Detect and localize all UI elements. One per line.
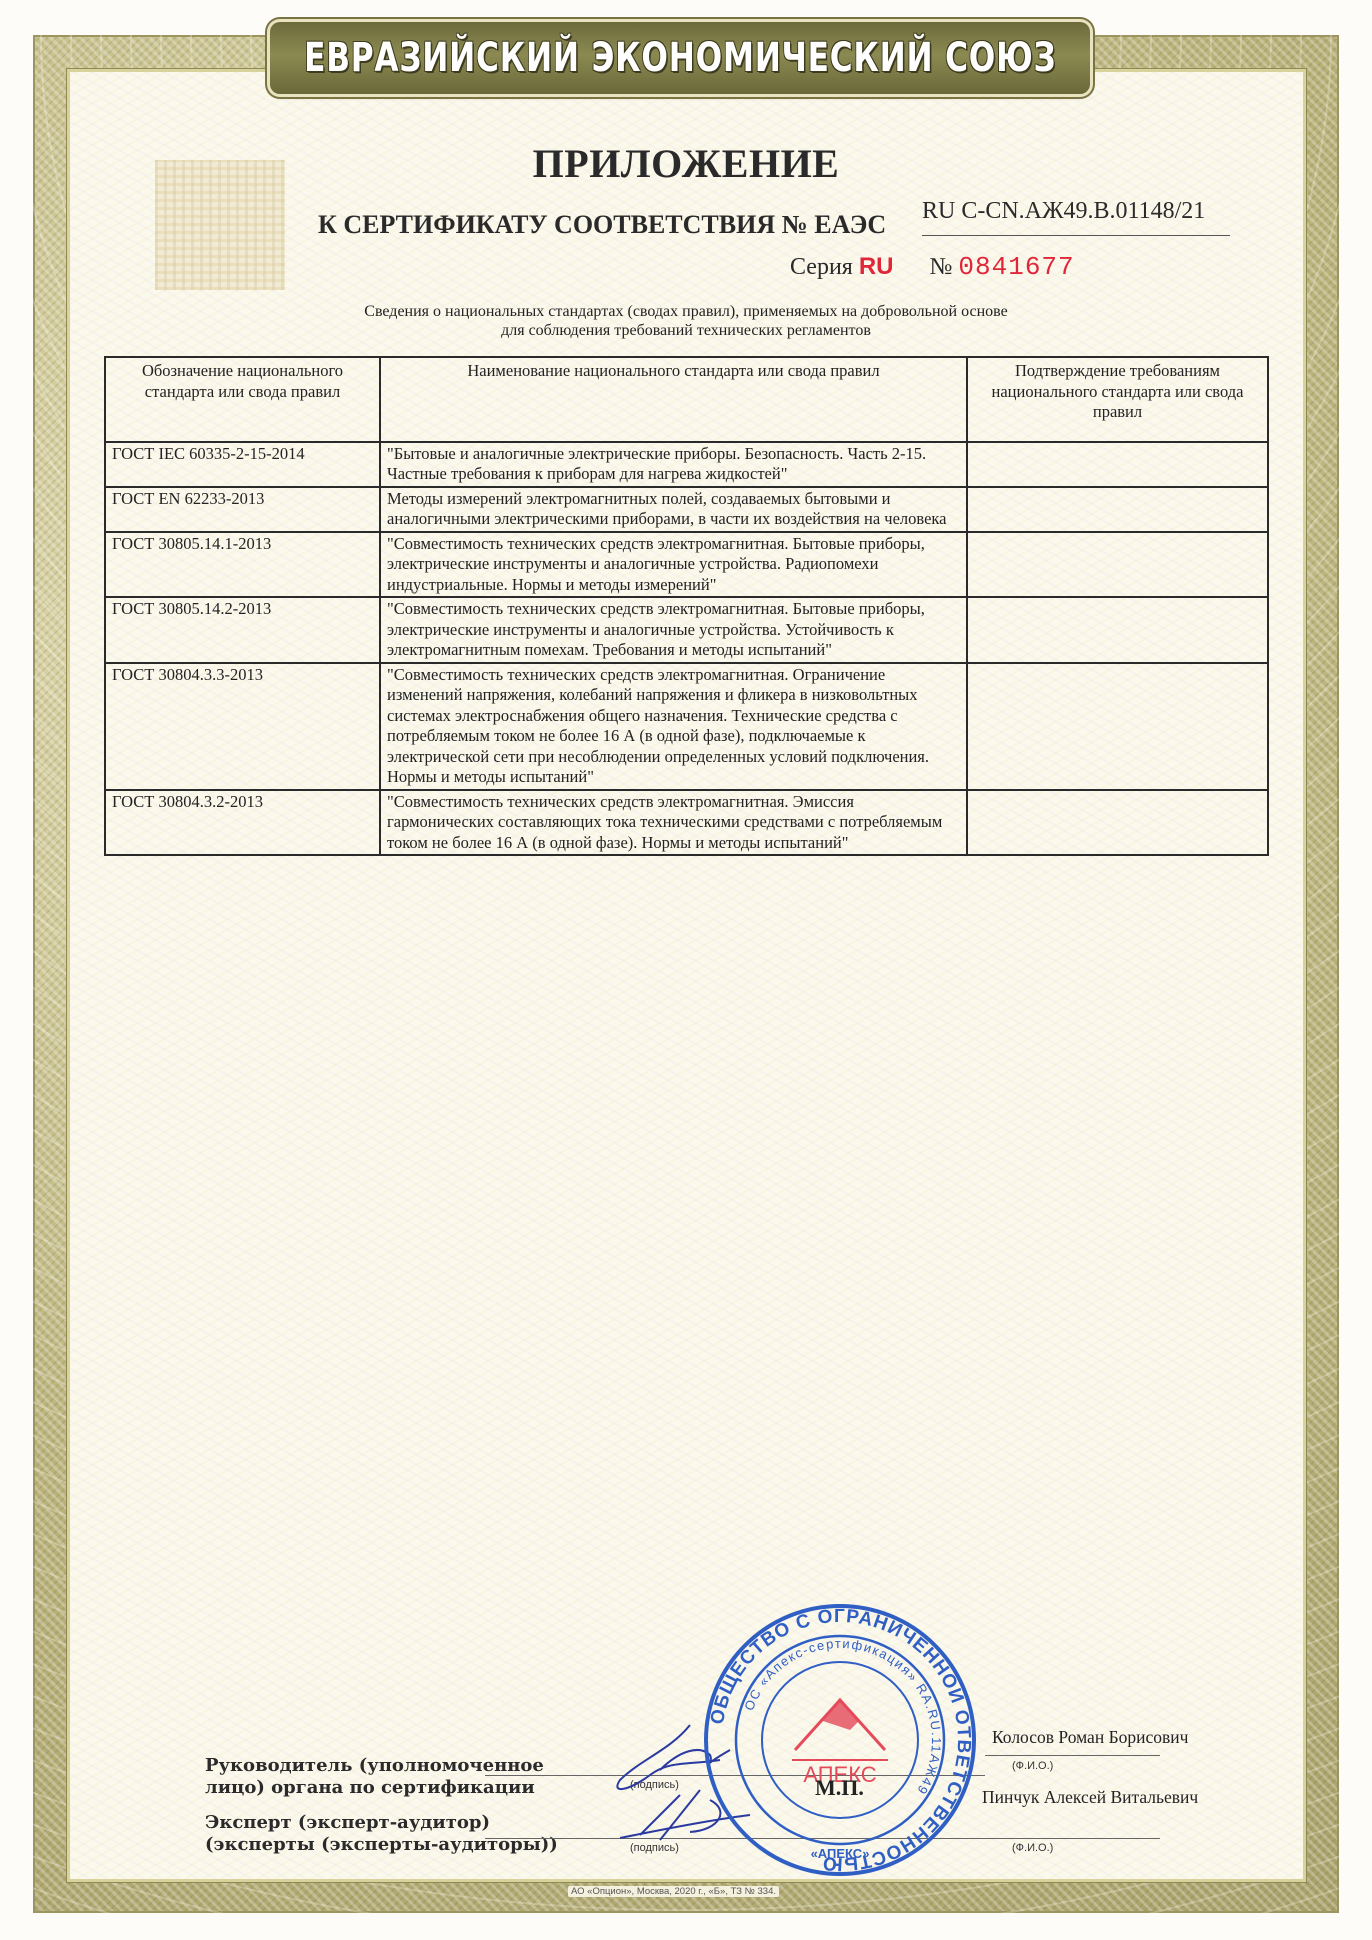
series-line: Серия RU № 0841677 <box>790 252 1075 282</box>
seal-label: М.П. <box>815 1775 864 1801</box>
cell-code: ГОСТ 30804.3.3-2013 <box>105 663 380 790</box>
expert-name: Пинчук Алексей Витальевич <box>982 1787 1198 1808</box>
cell-code: ГОСТ 30805.14.2-2013 <box>105 597 380 663</box>
expert-name-line <box>985 1838 1160 1839</box>
table-row: ГОСТ 30805.14.1-2013"Совместимость техни… <box>105 532 1268 598</box>
table-row: ГОСТ 30804.3.2-2013"Совместимость технич… <box>105 790 1268 856</box>
cell-name: "Совместимость технических средств элект… <box>380 663 967 790</box>
intro-text: Сведения о национальных стандартах (свод… <box>0 302 1372 340</box>
union-banner-text: ЕВРАЗИЙСКИЙ ЭКОНОМИЧЕСКИЙ СОЮЗ <box>304 35 1056 81</box>
table-row: ГОСТ 30805.14.2-2013"Совместимость техни… <box>105 597 1268 663</box>
cell-confirmation <box>967 442 1268 487</box>
header-confirmation: Подтверждение требованиям национального … <box>967 357 1268 442</box>
cell-name: "Совместимость технических средств элект… <box>380 790 967 856</box>
intro-line-1: Сведения о национальных стандартах (свод… <box>0 302 1372 321</box>
intro-line-2: для соблюдения требований технических ре… <box>0 321 1372 340</box>
expert-fio-caption: (Ф.И.О.) <box>1012 1842 1053 1854</box>
head-label: Руководитель (уполномоченное лицо) орган… <box>205 1755 544 1799</box>
cell-code: ГОСТ IEC 60335-2-15-2014 <box>105 442 380 487</box>
table-row: ГОСТ IEC 60335-2-15-2014"Бытовые и анало… <box>105 442 1268 487</box>
table-row: ГОСТ EN 62233-2013Методы измерений элект… <box>105 487 1268 532</box>
cell-name: "Совместимость технических средств элект… <box>380 532 967 598</box>
certificate-label: К СЕРТИФИКАТУ СООТВЕТСТВИЯ № ЕАЭС <box>318 210 886 240</box>
cell-name: "Совместимость технических средств элект… <box>380 597 967 663</box>
certificate-underline <box>922 235 1230 236</box>
expert-label: Эксперт (эксперт-аудитор) (эксперты (экс… <box>205 1812 558 1856</box>
seal-stamp: ОБЩЕСТВО С ОГРАНИЧЕННОЙ ОТВЕТСТВЕННОСТЬЮ… <box>700 1600 980 1880</box>
standards-table: Обозначение национального стандарта или … <box>104 356 1269 856</box>
head-label-line-2: лицо) органа по сертификации <box>205 1777 544 1799</box>
cell-name: "Бытовые и аналогичные электрические при… <box>380 442 967 487</box>
head-name: Колосов Роман Борисович <box>992 1727 1188 1748</box>
number-label: № <box>930 254 953 280</box>
form-number: 0841677 <box>958 252 1074 282</box>
head-fio-caption: (Ф.И.О.) <box>1012 1760 1053 1772</box>
cell-name: Методы измерений электромагнитных полей,… <box>380 487 967 532</box>
certificate-number: RU C-CN.АЖ49.В.01148/21 <box>922 198 1205 225</box>
union-banner: ЕВРАЗИЙСКИЙ ЭКОНОМИЧЕСКИЙ СОЮЗ <box>270 22 1090 94</box>
series-value: RU <box>859 253 894 280</box>
cell-confirmation <box>967 487 1268 532</box>
document-body <box>70 72 1303 1879</box>
header-code: Обозначение национального стандарта или … <box>105 357 380 442</box>
head-label-line-1: Руководитель (уполномоченное <box>205 1755 544 1777</box>
header-name: Наименование национального стандарта или… <box>380 357 967 442</box>
page-title: ПРИЛОЖЕНИЕ <box>0 140 1372 187</box>
cell-confirmation <box>967 663 1268 790</box>
cell-confirmation <box>967 532 1268 598</box>
svg-text:«АПЕКС»: «АПЕКС» <box>811 1846 870 1861</box>
cell-code: ГОСТ 30805.14.1-2013 <box>105 532 380 598</box>
cell-confirmation <box>967 790 1268 856</box>
series-label: Серия <box>790 254 853 280</box>
table-row: ГОСТ 30804.3.3-2013"Совместимость технич… <box>105 663 1268 790</box>
table-header-row: Обозначение национального стандарта или … <box>105 357 1268 442</box>
printer-imprint: АО «Опцион», Москва, 2020 г., «Б», ТЗ № … <box>568 1886 779 1897</box>
head-name-line <box>985 1755 1160 1756</box>
cell-code: ГОСТ EN 62233-2013 <box>105 487 380 532</box>
cell-code: ГОСТ 30804.3.2-2013 <box>105 790 380 856</box>
cell-confirmation <box>967 597 1268 663</box>
expert-label-line-1: Эксперт (эксперт-аудитор) <box>205 1812 558 1834</box>
